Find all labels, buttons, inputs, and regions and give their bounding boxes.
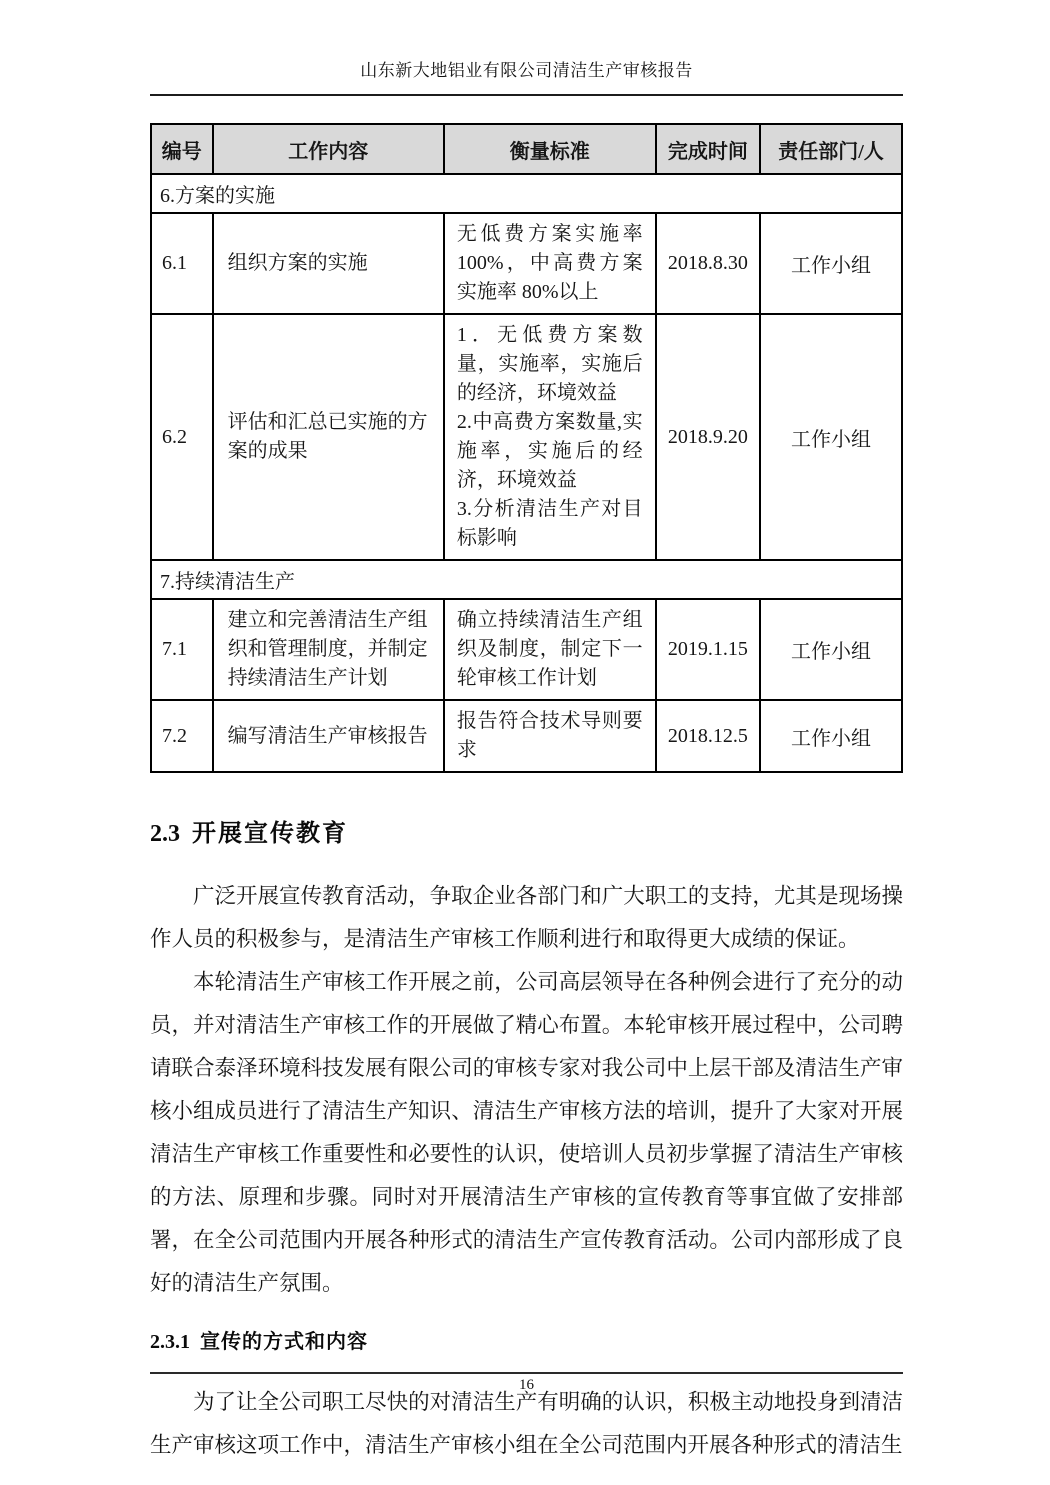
section-title: 开展宣传教育 [192, 820, 348, 847]
cell-owner: 工作小组 [760, 213, 902, 314]
section-title-6: 6.方案的实施 [151, 174, 902, 213]
running-header: 山东新大地铝业有限公司清洁生产审核报告 [150, 56, 903, 96]
cell-owner: 工作小组 [760, 314, 902, 560]
col-header-number: 编号 [151, 124, 213, 174]
col-header-standard: 衡量标准 [444, 124, 656, 174]
cell-standard: 报告符合技术导则要求 [444, 700, 656, 772]
table-row-7-1: 7.1 建立和完善清洁生产组织和管理制度，并制定持续清洁生产计划 确立持续清洁生… [151, 599, 902, 700]
cell-deadline: 2018.9.20 [656, 314, 760, 560]
header-rule [150, 94, 903, 96]
cell-number: 7.2 [151, 700, 213, 772]
doc-title: 山东新大地铝业有限公司清洁生产审核报告 [150, 56, 903, 81]
cell-content: 建立和完善清洁生产组织和管理制度，并制定持续清洁生产计划 [213, 599, 444, 700]
cell-owner: 工作小组 [760, 700, 902, 772]
section-title-7: 7.持续清洁生产 [151, 560, 902, 599]
document-page: 山东新大地铝业有限公司清洁生产审核报告 编号 工作内容 衡量标准 完成时间 责任… [0, 0, 1050, 1485]
body-paragraph-1: 广泛开展宣传教育活动，争取企业各部门和广大职工的支持，尤其是现场操作人员的积极参… [150, 875, 903, 961]
work-plan-table: 编号 工作内容 衡量标准 完成时间 责任部门/人 6.方案的实施 6.1 组织方… [150, 123, 903, 773]
section-heading-2-3: 2.3开展宣传教育 [150, 813, 903, 848]
table-row-6-2: 6.2 评估和汇总已实施的方案的成果 1．无低费方案数量，实施率，实施后的经济，… [151, 314, 902, 560]
cell-deadline: 2019.1.15 [656, 599, 760, 700]
col-header-deadline: 完成时间 [656, 124, 760, 174]
section-heading-2-3-1: 2.3.1宣传的方式和内容 [150, 1325, 903, 1354]
cell-content: 评估和汇总已实施的方案的成果 [213, 314, 444, 560]
cell-owner: 工作小组 [760, 599, 902, 700]
cell-standard: 确立持续清洁生产组织及制度，制定下一轮审核工作计划 [444, 599, 656, 700]
table-row-6-1: 6.1 组织方案的实施 无低费方案实施率 100%，中高费方案实施率 80%以上… [151, 213, 902, 314]
table-section-row-7: 7.持续清洁生产 [151, 560, 902, 599]
cell-number: 7.1 [151, 599, 213, 700]
col-header-owner: 责任部门/人 [760, 124, 902, 174]
table-header-row: 编号 工作内容 衡量标准 完成时间 责任部门/人 [151, 124, 902, 174]
subsection-number: 2.3.1 [150, 1331, 190, 1353]
cell-number: 6.1 [151, 213, 213, 314]
cell-standard: 无低费方案实施率 100%，中高费方案实施率 80%以上 [444, 213, 656, 314]
cell-content: 编写清洁生产审核报告 [213, 700, 444, 772]
col-header-content: 工作内容 [213, 124, 444, 174]
cell-standard: 1．无低费方案数量，实施率，实施后的经济，环境效益 2.中高费方案数量,实施率，… [444, 314, 656, 560]
section-number: 2.3 [150, 821, 180, 847]
cell-deadline: 2018.8.30 [656, 213, 760, 314]
page-footer: 16 [150, 1372, 903, 1394]
page-number: 16 [519, 1377, 534, 1394]
cell-deadline: 2018.12.5 [656, 700, 760, 772]
table-row-7-2: 7.2 编写清洁生产审核报告 报告符合技术导则要求 2018.12.5 工作小组 [151, 700, 902, 772]
cell-content: 组织方案的实施 [213, 213, 444, 314]
subsection-title: 宣传的方式和内容 [200, 1331, 368, 1353]
body-paragraph-2: 本轮清洁生产审核工作开展之前，公司高层领导在各种例会进行了充分的动员，并对清洁生… [150, 961, 903, 1305]
cell-number: 6.2 [151, 314, 213, 560]
table-section-row-6: 6.方案的实施 [151, 174, 902, 213]
